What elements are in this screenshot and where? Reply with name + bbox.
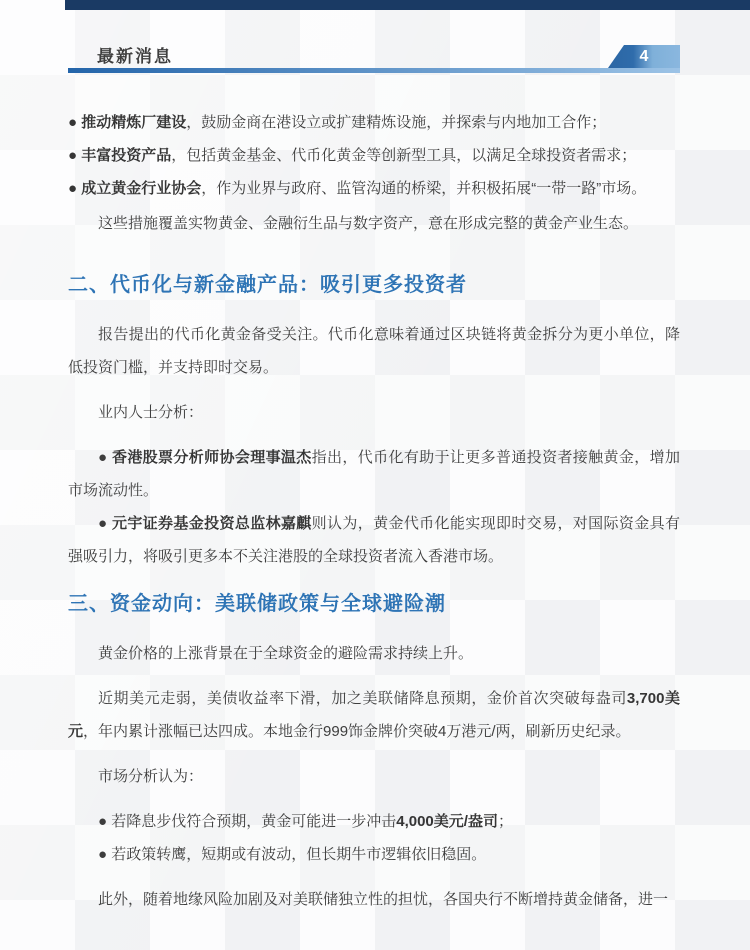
bold-text: ● 成立黄金行业协会 [68, 180, 201, 197]
bullet-item: ● 元宇证券基金投资总监林嘉麒则认为，黄金代币化能实现即时交易，对国际资金具有强… [68, 507, 680, 573]
bullet-item: ● 若政策转鹰，短期或有波动，但长期牛市逻辑依旧稳固。 [68, 838, 680, 871]
bold-text: ● 丰富投资产品 [68, 147, 171, 164]
bold-text: ● 推动精炼厂建设 [68, 114, 186, 131]
text: ，作为业界与政府、监管沟通的桥梁，并积极拓展“一带一路”市场。 [201, 180, 646, 197]
text: ● [98, 515, 112, 532]
paragraph: 近期美元走弱，美债收益率下滑，加之美联储降息预期，金价首次突破每盎司3,700美… [68, 682, 680, 748]
document-body: ● 推动精炼厂建设，鼓励金商在港设立或扩建精炼设施，并探索与内地加工合作；● 丰… [0, 0, 750, 916]
paragraph: 黄金价格的上涨背景在于全球资金的避险需求持续上升。 [68, 637, 680, 670]
text: ● 若降息步伐符合预期，黄金可能进一步冲击 [98, 813, 396, 830]
text: 三、资金动向：美联储政策与全球避险潮 [68, 593, 446, 615]
text: 业内人士分析： [98, 404, 203, 421]
text: ，年内累计涨幅已达四成。本地金行999饰金牌价突破4万港元/两，刷新历史纪录。 [83, 723, 631, 740]
paragraph: 市场分析认为： [68, 760, 680, 793]
section-heading: 三、资金动向：美联储政策与全球避险潮 [68, 589, 680, 619]
paragraph: 此外，随着地缘风险加剧及对美联储独立性的担忧，各国央行不断增持黄金储备，进一 [68, 883, 680, 916]
text: 这些措施覆盖实物黄金、金融衍生品与数字资产，意在形成完整的黄金产业生态。 [98, 215, 638, 232]
bold-text: 4,000美元/盎司 [396, 813, 498, 830]
text: 报告提出的代币化黄金备受关注。代币化意味着通过区块链将黄金拆分为更小单位，降低投… [68, 326, 680, 376]
bullet-item: ● 丰富投资产品，包括黄金基金、代币化黄金等创新型工具，以满足全球投资者需求； [68, 139, 680, 172]
section-heading: 二、代币化与新金融产品：吸引更多投资者 [68, 270, 680, 300]
bullet-item: ● 香港股票分析师协会理事温杰指出，代币化有助于让更多普通投资者接触黄金，增加市… [68, 441, 680, 507]
text: 此外，随着地缘风险加剧及对美联储独立性的担忧，各国央行不断增持黄金储备，进一 [98, 891, 668, 908]
document-page: 最新消息 4 ● 推动精炼厂建设，鼓励金商在港设立或扩建精炼设施，并探索与内地加… [0, 0, 750, 950]
text: 二、代币化与新金融产品：吸引更多投资者 [68, 274, 467, 296]
paragraph: 报告提出的代币化黄金备受关注。代币化意味着通过区块链将黄金拆分为更小单位，降低投… [68, 318, 680, 384]
bold-text: 元宇证券基金投资总监林嘉麒 [112, 515, 312, 532]
text: ● [98, 449, 112, 466]
text: ，包括黄金基金、代币化黄金等创新型工具，以满足全球投资者需求； [171, 147, 636, 164]
text: 黄金价格的上涨背景在于全球资金的避险需求持续上升。 [98, 645, 473, 662]
text: 近期美元走弱，美债收益率下滑，加之美联储降息预期，金价首次突破每盎司 [98, 690, 627, 707]
bold-text: 香港股票分析师协会理事温杰 [112, 449, 312, 466]
bullet-item: ● 推动精炼厂建设，鼓励金商在港设立或扩建精炼设施，并探索与内地加工合作； [68, 106, 680, 139]
text: ； [498, 813, 513, 830]
bullet-item: ● 成立黄金行业协会，作为业界与政府、监管沟通的桥梁，并积极拓展“一带一路”市场… [68, 172, 680, 205]
bullet-item: ● 若降息步伐符合预期，黄金可能进一步冲击4,000美元/盎司； [68, 805, 680, 838]
text: 市场分析认为： [98, 768, 203, 785]
paragraph: 这些措施覆盖实物黄金、金融衍生品与数字资产，意在形成完整的黄金产业生态。 [68, 207, 680, 240]
text: ● 若政策转鹰，短期或有波动，但长期牛市逻辑依旧稳固。 [98, 846, 486, 863]
text: ，鼓励金商在港设立或扩建精炼设施，并探索与内地加工合作； [186, 114, 606, 131]
paragraph: 业内人士分析： [68, 396, 680, 429]
